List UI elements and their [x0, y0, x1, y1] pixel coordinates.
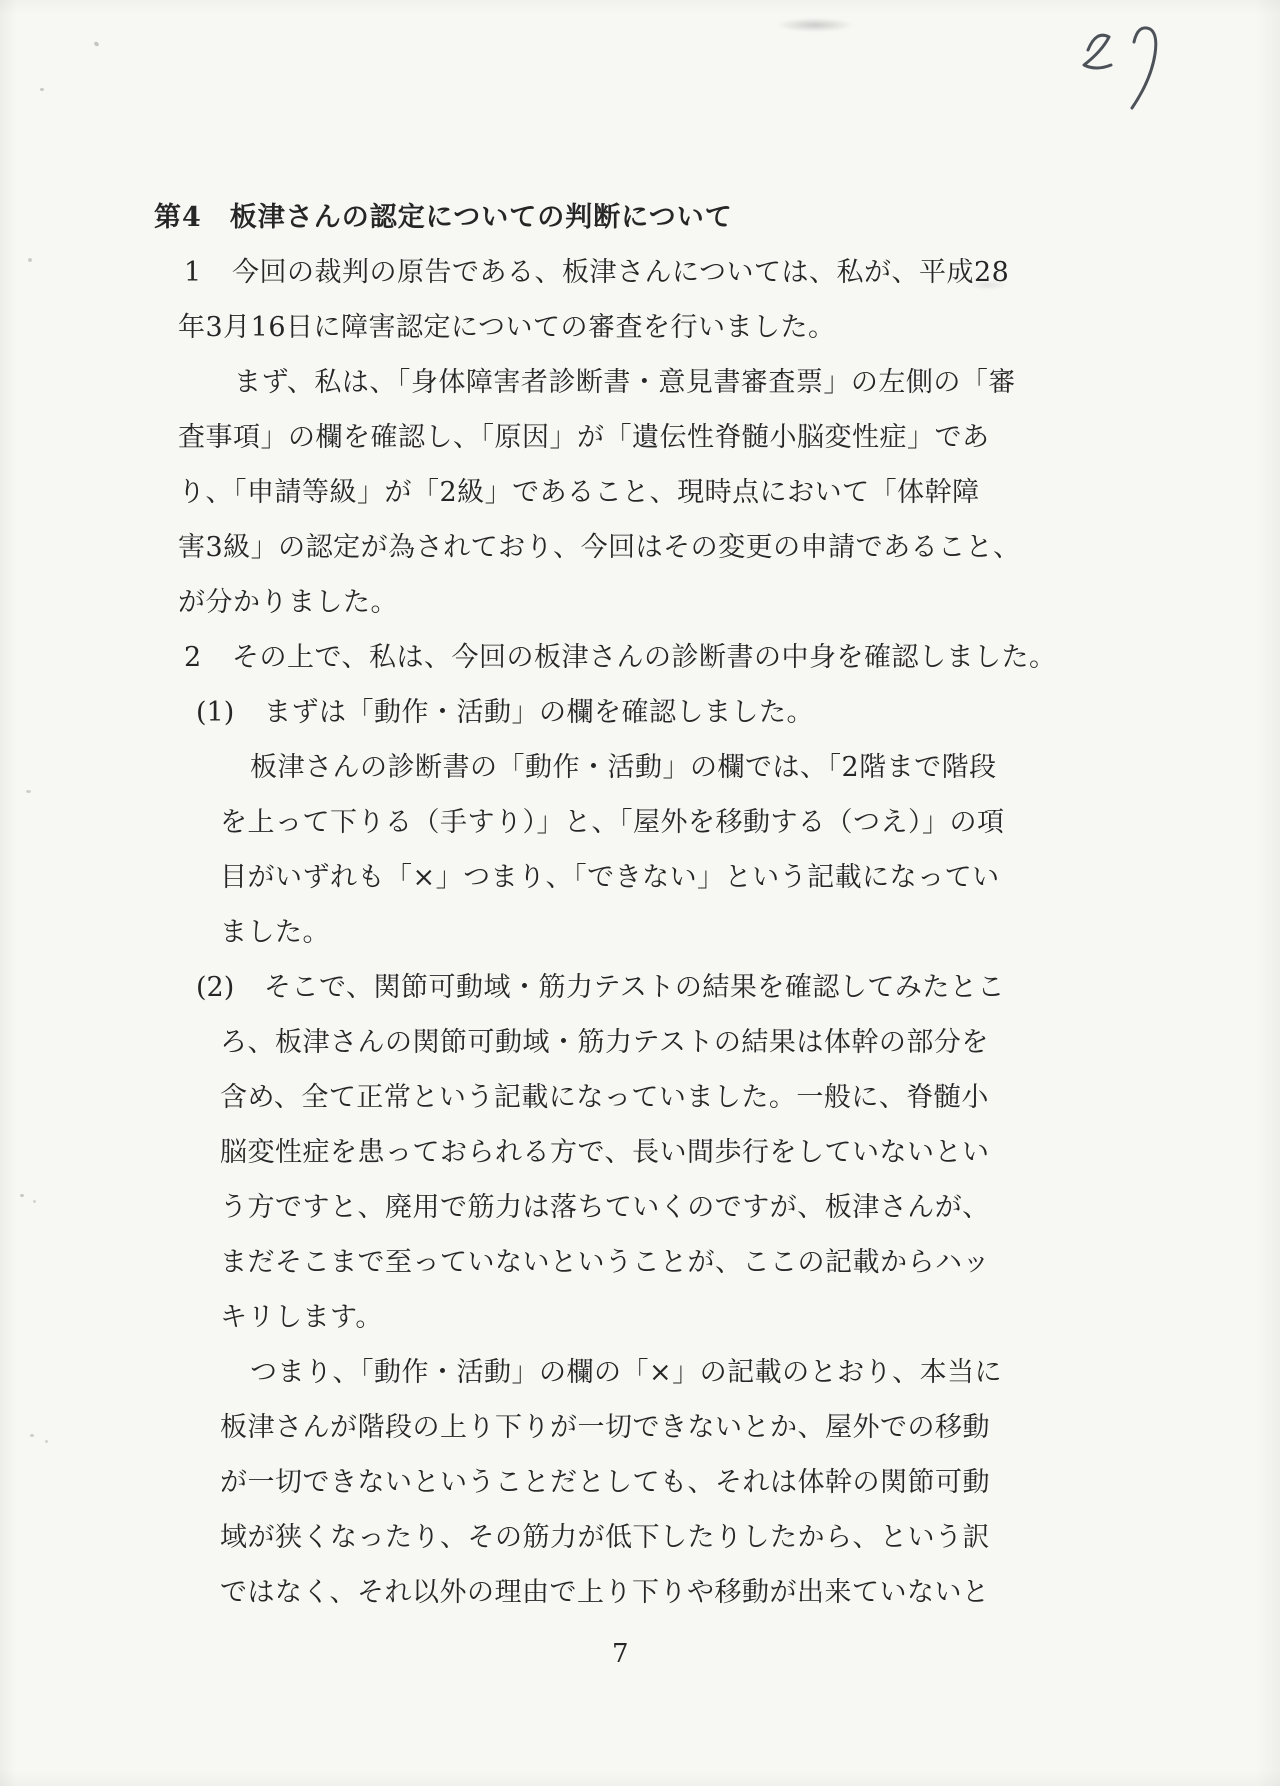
text-line: ではなく、それ以外の理由で上り下りや移動が出来ていないと — [0, 1565, 1280, 1620]
text-line: り、「申請等級」が「2級」であること、現時点において「体幹障 — [0, 465, 1280, 520]
numbered-item-1: 1今回の裁判の原告である、板津さんについては、私が、平成28 — [0, 245, 1280, 300]
text-line: 板津さんの診断書の「動作・活動」の欄では、「2階まで階段 — [0, 740, 1280, 795]
scan-speck — [40, 88, 44, 91]
page-number: 7 — [0, 1633, 1280, 1675]
text-line: を上って下りる（手すり）」と、「屋外を移動する（つえ）」の項 — [0, 795, 1280, 850]
document-body: 第4 板津さんの認定についての判断について 1今回の裁判の原告である、板津さんに… — [0, 190, 1280, 1675]
text-line: まだそこまで至っていないということが、ここの記載からハッ — [0, 1235, 1280, 1290]
sub-item-2: (2)そこで、関節可動域・筋力テストの結果を確認してみたとこ — [0, 960, 1280, 1015]
handwritten-27-strokes — [1072, 18, 1182, 118]
line-text: そこで、関節可動域・筋力テストの結果を確認してみたとこ — [264, 972, 1005, 1003]
sub-item-number: (1) — [196, 685, 264, 740]
line-text: その上で、私は、今回の板津さんの診断書の中身を確認しました。 — [232, 642, 1056, 673]
item-number: 2 — [184, 630, 232, 685]
sub-item-number: (2) — [196, 960, 264, 1015]
text-line: 目がいずれも「×」つまり、「できない」という記載になってい — [0, 850, 1280, 905]
text-line: 年3月16日に障害認定についての審査を行いました。 — [0, 300, 1280, 355]
line-text: 今回の裁判の原告である、板津さんについては、私が、平成28 — [232, 257, 1009, 288]
sub-item-1: (1)まずは「動作・活動」の欄を確認しました。 — [0, 685, 1280, 740]
text-line: が分かりました。 — [0, 575, 1280, 630]
text-line: まず、私は、「身体障害者診断書・意見書審査票」の左側の「審 — [0, 355, 1280, 410]
text-line: 害3級」の認定が為されており、今回はその変更の申請であること、 — [0, 520, 1280, 575]
text-line: 査事項」の欄を確認し、「原因」が「遺伝性脊髄小脳変性症」であ — [0, 410, 1280, 465]
text-line: が一切できないということだとしても、それは体幹の関節可動 — [0, 1455, 1280, 1510]
handwritten-page-mark — [1072, 18, 1182, 118]
text-line: キリします。 — [0, 1290, 1280, 1345]
text-line: 板津さんが階段の上り下りが一切できないとか、屋外での移動 — [0, 1400, 1280, 1455]
text-line: ろ、板津さんの関節可動域・筋力テストの結果は体幹の部分を — [0, 1015, 1280, 1070]
text-line: 脳変性症を患っておられる方で、長い間歩行をしていないとい — [0, 1125, 1280, 1180]
text-line: 域が狭くなったり、その筋力が低下したりしたから、という訳 — [0, 1510, 1280, 1565]
text-line: ました。 — [0, 905, 1280, 960]
line-text: まずは「動作・活動」の欄を確認しました。 — [264, 697, 814, 728]
text-line: 含め、全て正常という記載になっていました。一般に、脊髄小 — [0, 1070, 1280, 1125]
scan-speck — [93, 41, 99, 47]
section-heading: 第4 板津さんの認定についての判断について — [0, 190, 1280, 245]
text-line: つまり、「動作・活動」の欄の「×」の記載のとおり、本当に — [0, 1345, 1280, 1400]
scan-smudge — [776, 18, 854, 32]
text-line: う方ですと、廃用で筋力は落ちていくのですが、板津さんが、 — [0, 1180, 1280, 1235]
item-number: 1 — [184, 245, 232, 300]
numbered-item-2: 2その上で、私は、今回の板津さんの診断書の中身を確認しました。 — [0, 630, 1280, 685]
